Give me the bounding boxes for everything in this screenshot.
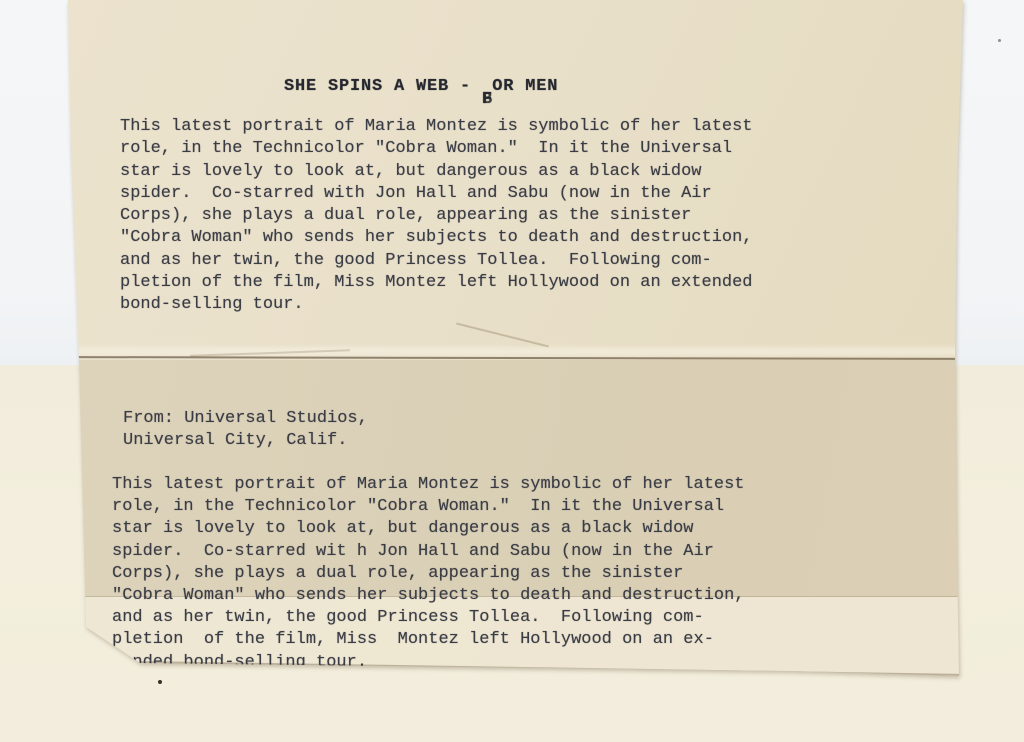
sender-address-block: From: Universal Studios, Universal City,… (123, 408, 368, 452)
title-text-right: OR MEN (492, 77, 558, 96)
paper-sheet-wrapper: SHE SPINS A WEB - BFOR MEN This latest p… (0, 0, 1024, 742)
title-text-left: SHE SPINS A WEB - (284, 77, 482, 96)
scanned-press-release-photo: { "page": { "description": "Scan of a vi… (0, 0, 1024, 742)
overstrike-over-char: F (482, 90, 493, 109)
paper-sheet: SHE SPINS A WEB - BFOR MEN This latest p… (0, 0, 1024, 742)
ink-speck (158, 680, 162, 684)
document-title: SHE SPINS A WEB - BFOR MEN (284, 77, 558, 96)
press-paragraph-top: This latest portrait of Maria Montez is … (120, 116, 753, 317)
press-paragraph-bottom: This latest portrait of Maria Montez is … (112, 474, 745, 674)
dust-speck (998, 39, 1001, 42)
